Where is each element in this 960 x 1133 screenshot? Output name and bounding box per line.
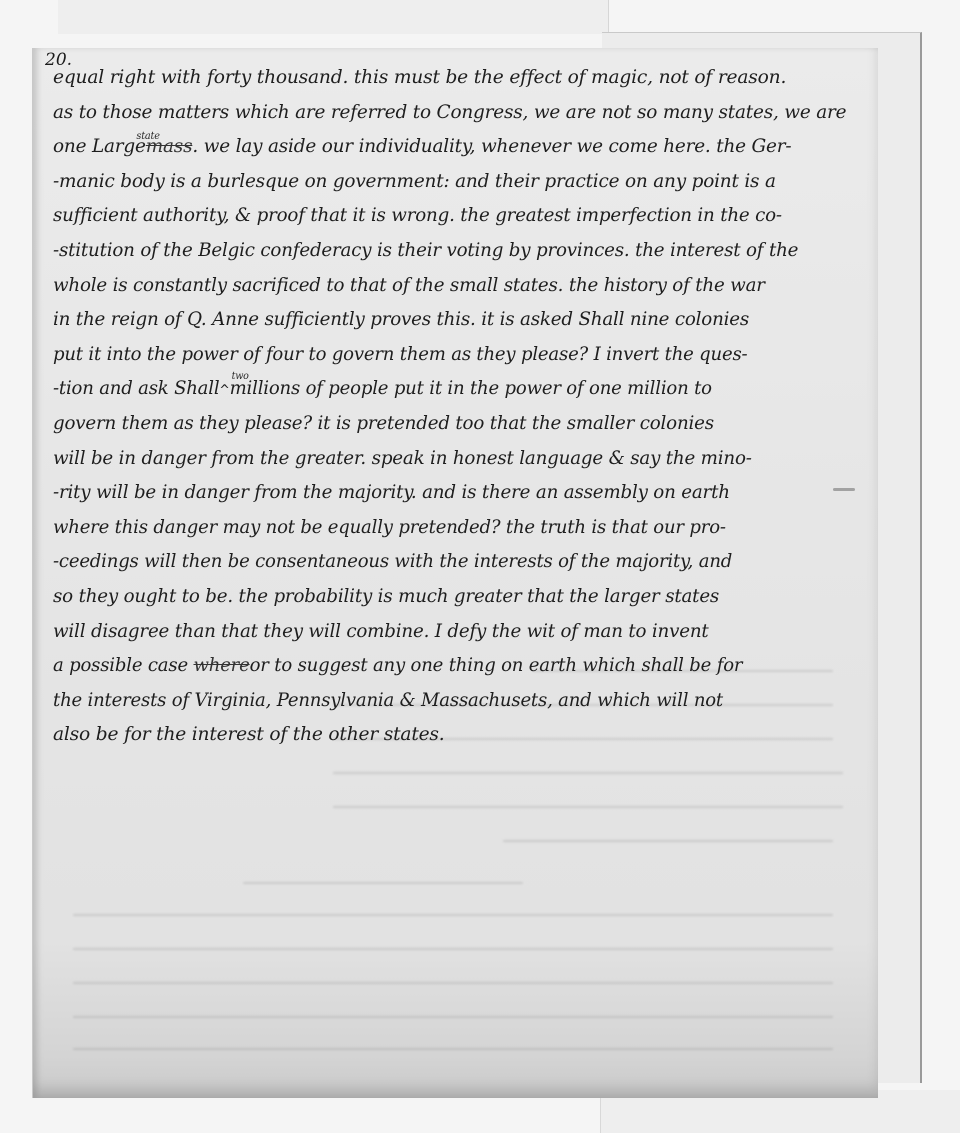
interlinear-insertion: two: [232, 371, 249, 382]
text-line: in the reign of Q. Anne sufficiently pro…: [53, 308, 821, 343]
text-line: -tion and ask Shalltwo^ millions of peop…: [53, 377, 813, 412]
text-line: will disagree than that they will combin…: [53, 620, 821, 655]
text-line: the interests of Virginia, Pennsylvania …: [53, 689, 813, 724]
insertion-caret: ^: [219, 383, 229, 398]
text-line: so they ought to be. the probability is …: [53, 585, 821, 620]
text-line: sufficient authority, & proof that it is…: [53, 204, 821, 239]
underlying-sheet-top: [58, 0, 609, 34]
text-line: whole is constantly sacrificed to that o…: [53, 274, 821, 309]
manuscript-text: equal right with forty thousand. this mu…: [53, 66, 853, 758]
text-line: also be for the interest of the other st…: [53, 723, 837, 758]
text-line: -ceedings will then be consentaneous wit…: [53, 550, 813, 585]
text-line: -rity will be in danger from the majorit…: [53, 481, 821, 516]
text-line: one Largestatemass. we lay aside our ind…: [53, 135, 829, 170]
text-line: will be in danger from the greater. spea…: [53, 447, 821, 482]
interlinear-insertion: state: [136, 131, 159, 142]
manuscript-page: 20. equal right with forty thousand. thi…: [32, 48, 878, 1098]
text-line: govern them as they please? it is preten…: [53, 412, 821, 447]
margin-ink-mark: [833, 488, 855, 491]
text-line: equal right with forty thousand. this mu…: [53, 66, 837, 101]
text-line: as to those matters which are referred t…: [53, 101, 829, 136]
text-line: -manic body is a burlesque on government…: [53, 170, 829, 205]
text-line: where this danger may not be equally pre…: [53, 516, 813, 551]
text-line: put it into the power of four to govern …: [53, 343, 813, 378]
struck-word: where: [193, 654, 249, 676]
text-line: -stitution of the Belgic confederacy is …: [53, 239, 821, 274]
text-line: a possible case where or to suggest any …: [53, 654, 813, 689]
